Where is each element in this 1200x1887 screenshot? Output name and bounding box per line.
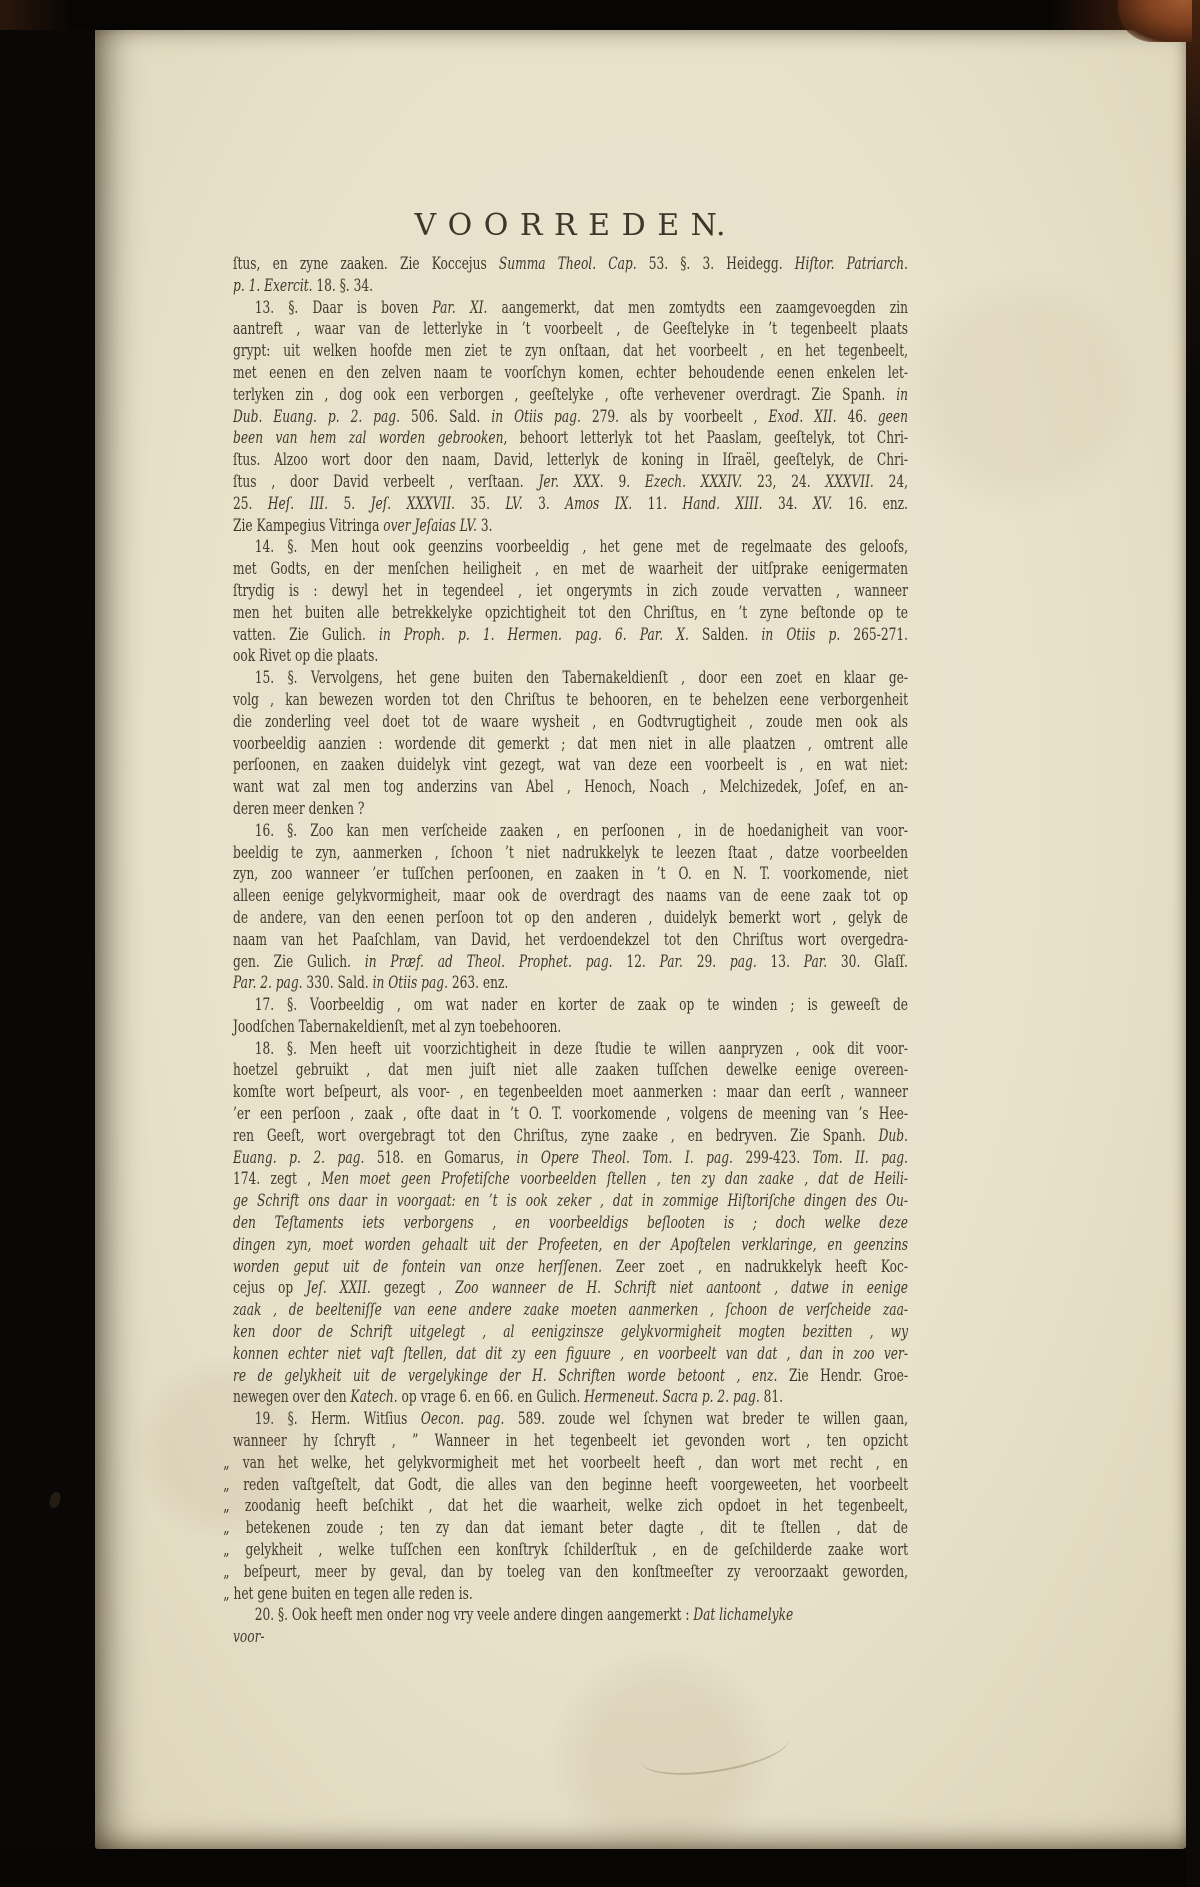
book-cover-right-edge <box>1186 0 1200 1887</box>
text-line: 174. zegt , Men moet geen Profetiſche vo… <box>233 1168 908 1190</box>
text-line: Zie Kampegius Vitringa over Jeſaias LV. … <box>233 515 908 537</box>
text-line: alleen eenige gelykvormigheit, maar ook … <box>233 885 908 907</box>
text-line: die zonderling veel doet tot de waare wy… <box>233 711 908 733</box>
book-scan: V O O R R E D E N. ſtus, en zyne zaaken.… <box>0 0 1200 1887</box>
text-line: 19. §. Herm. Witſius Oecon. pag. 589. zo… <box>233 1408 908 1430</box>
pencil-mark <box>637 1717 792 1784</box>
text-line: 14. §. Men hout ook geenzins voorbeeldig… <box>233 536 908 558</box>
text-line: zaak , de beelteniſſe van eene andere za… <box>233 1299 908 1321</box>
text-line: grypt: uit welken hoofde men ziet te zyn… <box>233 340 908 362</box>
paragraph: 14. §. Men hout ook geenzins voorbeeldig… <box>233 536 908 667</box>
text-line: ſtus, en zyne zaaken. Zie Koccejus Summa… <box>233 253 908 275</box>
text-line: Euang. p. 2. pag. 518. en Gomarus, in Op… <box>233 1147 908 1169</box>
text-line: men het buiten alle betrekkelyke opzicht… <box>233 602 908 624</box>
text-line: volg , kan bewezen worden tot den Chriſt… <box>233 689 908 711</box>
text-line: den Teſtaments iets verborgens , en voor… <box>233 1212 908 1234</box>
text-line: „ zoodanig heeft beſchikt , dat het die … <box>233 1495 908 1517</box>
text-line: ’er een perſoon , zaak , ofte daat in ’t… <box>233 1103 908 1125</box>
text-line: newegen over den Katech. op vrage 6. en … <box>233 1386 908 1408</box>
text-line: cejus op Jeſ. XXII. gezegt , Zoo wanneer… <box>233 1277 908 1299</box>
text-block: ſtus, en zyne zaaken. Zie Koccejus Summa… <box>233 253 908 1648</box>
paragraph: 15. §. Vervolgens, het gene buiten den T… <box>233 667 908 820</box>
text-line: 18. §. Men heeft uit voorzichtigheit in … <box>233 1038 908 1060</box>
text-line: ken door de Schrift uitgelegt , al eenig… <box>233 1321 908 1343</box>
text-line: 25. Heſ. III. 5. Jeſ. XXXVII. 35. LV. 3.… <box>233 493 908 515</box>
text-line: deren meer denken ? <box>233 798 908 820</box>
text-line: „ het gene buiten en tegen alle reden is… <box>233 1583 908 1605</box>
page-paper: V O O R R E D E N. ſtus, en zyne zaaken.… <box>95 28 1187 1849</box>
text-line: wanneer hy ſchryft , ” Wanneer in het te… <box>233 1430 908 1452</box>
text-line: „ beſpeurt, meer by geval, dan by toeleg… <box>233 1561 908 1583</box>
text-line: been van hem zal worden gebrooken, behoo… <box>233 427 908 449</box>
text-paragraphs: ſtus, en zyne zaaken. Zie Koccejus Summa… <box>233 253 908 1626</box>
text-line: 17. §. Voorbeeldig , om wat nader en kor… <box>233 994 908 1016</box>
text-line: dingen zyn, moet worden gehaalt uit der … <box>233 1234 908 1256</box>
text-line: naam van het Paaſchlam, van David, het v… <box>233 929 908 951</box>
text-line: „ betekenen zoude ; ten zy dan dat ieman… <box>233 1517 908 1539</box>
text-line: met Godts, en der menſchen heiligheit , … <box>233 558 908 580</box>
text-line: 15. §. Vervolgens, het gene buiten den T… <box>233 667 908 689</box>
text-line: beeldig te zyn, aanmerken , ſchoon ’t ni… <box>233 842 908 864</box>
text-line: komſte wort beſpeurt, als voor- , en teg… <box>233 1081 908 1103</box>
text-line: Dub. Euang. p. 2. pag. 506. Sald. in Oti… <box>233 406 908 428</box>
text-line: 16. §. Zoo kan men verſcheide zaaken , e… <box>233 820 908 842</box>
paragraph: ſtus, en zyne zaaken. Zie Koccejus Summa… <box>233 253 908 297</box>
text-line: worden geput uit de fontein van onze her… <box>233 1256 908 1278</box>
book-cover-top-edge <box>0 0 1200 30</box>
text-line: 20. §. Ook heeft men onder nog vry veele… <box>233 1604 908 1626</box>
text-line: 13. §. Daar is boven Par. XI. aangemerkt… <box>233 297 908 319</box>
page-title: V O O R R E D E N. <box>233 208 908 243</box>
paragraph: 13. §. Daar is boven Par. XI. aangemerkt… <box>233 297 908 537</box>
text-line: p. 1. Exercit. 18. §. 34. <box>233 275 908 297</box>
text-line: terlyken zin , dog ook een verborgen , g… <box>233 384 908 406</box>
text-line: want wat zal men tog anderzins van Abel … <box>233 776 908 798</box>
text-line: ren Geeſt, wort overgebragt tot den Chri… <box>233 1125 908 1147</box>
book-cover-bottom-edge <box>0 1849 1200 1887</box>
text-line: „ van het welke, het gelykvormigheit met… <box>233 1452 908 1474</box>
text-line: „ gelykheit , welke tuſſchen een konſtry… <box>233 1539 908 1561</box>
text-line: ſtus , door David verbeelt , verſtaan. J… <box>233 471 908 493</box>
text-line: met eenen en den zelven naam te voorſchy… <box>233 362 908 384</box>
book-spine-page-edges <box>0 0 96 1887</box>
text-line: hoetzel gebruikt , dat men juiſt niet al… <box>233 1059 908 1081</box>
text-line: voorbeeldig aanzien : wordende dit gemer… <box>233 733 908 755</box>
text-line: konnen echter niet vaſt ſtellen, dat dit… <box>233 1343 908 1365</box>
paragraph: 17. §. Voorbeeldig , om wat nader en kor… <box>233 994 908 1038</box>
text-line: perſoonen, en zaaken duidelyk vint gezeg… <box>233 754 908 776</box>
text-line: Joodſchen Tabernakeldienſt, met al zyn t… <box>233 1016 908 1038</box>
text-line: ge Schrift ons daar in voorgaat: en ’t i… <box>233 1190 908 1212</box>
text-line: vatten. Zie Gulich. in Proph. p. 1. Herm… <box>233 624 908 646</box>
text-line: gen. Zie Gulich. in Præf. ad Theol. Prop… <box>233 951 908 973</box>
catchword: voor- <box>233 1626 908 1648</box>
paragraph: 18. §. Men heeft uit voorzichtigheit in … <box>233 1038 908 1409</box>
paragraph: 20. §. Ook heeft men onder nog vry veele… <box>233 1604 908 1626</box>
text-line: „ reden vaſtgeſtelt, dat Godt, die alles… <box>233 1474 908 1496</box>
text-line: zyn, zoo wanneer ’er tuſſchen perſoonen,… <box>233 863 908 885</box>
paragraph: 19. §. Herm. Witſius Oecon. pag. 589. zo… <box>233 1408 908 1604</box>
text-line: ſtrydig is : dewyl het in tegendeel , ie… <box>233 580 908 602</box>
text-line: ſtus. Alzoo wort door den naam, David, l… <box>233 449 908 471</box>
text-line: aantreft , waar van de letterlyke in ’t … <box>233 318 908 340</box>
text-line: Par. 2. pag. 330. Sald. in Otiis pag. 26… <box>233 972 908 994</box>
text-line: re de gelykheit uit de vergelykinge der … <box>233 1365 908 1387</box>
text-line: ook Rivet op die plaats. <box>233 645 908 667</box>
paragraph: 16. §. Zoo kan men verſcheide zaaken , e… <box>233 820 908 994</box>
text-line: de andere, van den eenen perſoon tot op … <box>233 907 908 929</box>
